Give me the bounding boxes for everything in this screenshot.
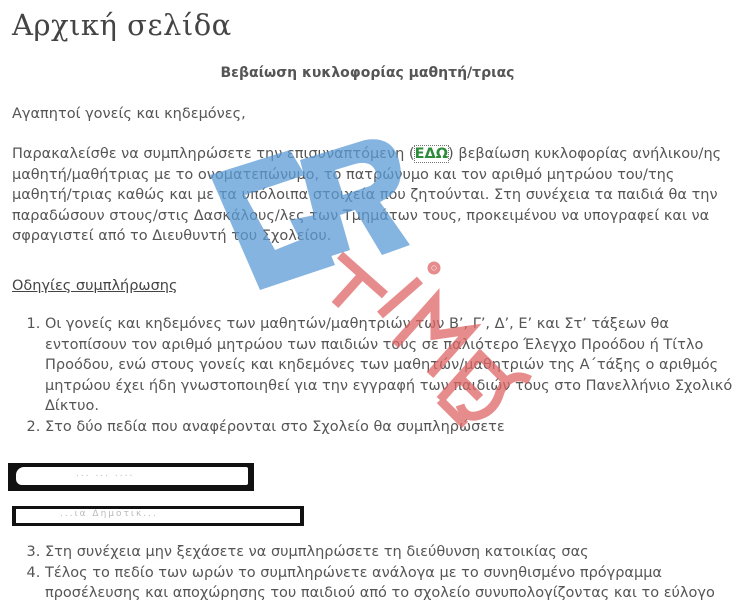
intro-paragraph: Παρακαλείσθε να συμπληρώσετε την επισυνα… <box>12 144 732 247</box>
redacted-school-field: ...ια Δημοτικ... <box>12 506 304 526</box>
instructions-heading: Οδηγίες συμπλήρωσης <box>12 278 177 294</box>
redacted-fragment: ...ια Δημοτικ... <box>60 509 158 519</box>
greeting-text: Αγαπητοί γονείς και κηδεμόνες, <box>12 104 732 125</box>
instruction-item: Οι γονείς και κηδεμόνες των μαθητών/μαθη… <box>45 314 735 417</box>
instruction-item: Στο δύο πεδία που αναφέρονται στο Σχολεί… <box>45 417 735 438</box>
redacted-fragment: ... ... .... <box>76 469 134 479</box>
document-subtitle: Βεβαίωση κυκλοφορίας μαθητή/τριας <box>0 65 735 81</box>
page-title: Αρχική σελίδα <box>12 8 232 42</box>
instructions-list: Οι γονείς και κηδεμόνες των μαθητών/μαθη… <box>12 314 735 437</box>
intro-text-before-link: Παρακαλείσθε να συμπληρώσετε την επισυνα… <box>12 146 415 162</box>
redacted-school-field: ... ... .... <box>8 463 254 491</box>
instruction-item: Στη συνέχεια μην ξεχάσετε να συμπληρώσετ… <box>45 542 735 563</box>
instruction-item: Τέλος το πεδίο των ωρών το συμπληρώνετε … <box>45 563 735 604</box>
redacted-field-area: ...ια Δημοτικ... <box>16 509 300 523</box>
certificate-download-link[interactable]: ΕΔΩ <box>415 146 448 162</box>
redacted-field-area: ... ... .... <box>16 467 248 485</box>
instructions-list-continued: Στη συνέχεια μην ξεχάσετε να συμπληρώσετ… <box>12 542 735 604</box>
